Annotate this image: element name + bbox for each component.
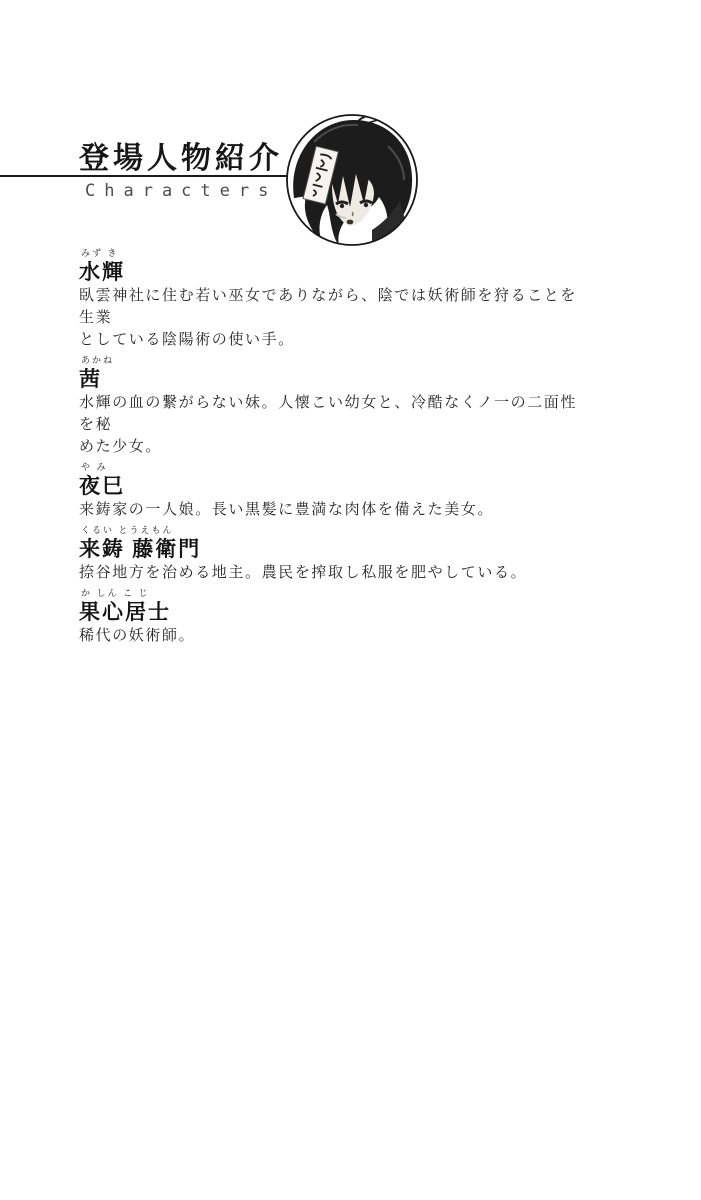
description-line: 稀代の妖術師。 (79, 625, 591, 647)
character-entry-kashin-koji: か しん こ じ 果心居士 稀代の妖術師。 (79, 588, 591, 647)
description-line: 捺谷地方を治める地主。農民を搾取し私服を肥やしている。 (79, 562, 591, 584)
character-name: 茜 (79, 366, 591, 392)
girl-with-talisman-portrait-icon (284, 112, 420, 248)
page-subtitle: Characters (85, 181, 277, 201)
character-name: 来鋳 藤衛門 (79, 536, 591, 562)
character-name: 水輝 (79, 259, 591, 285)
character-furigana: みず き (79, 248, 591, 259)
character-entry-mizuki: みず き 水輝 臥雲神社に住む若い巫女でありながら、陰では妖術師を狩ることを生業… (79, 248, 591, 351)
page-title: 登場人物紹介 (79, 133, 283, 177)
header-rule (0, 175, 287, 177)
description-line: 臥雲神社に住む若い巫女でありながら、陰では妖術師を狩ることを生業 (79, 285, 591, 329)
description-line: 水輝の血の繋がらない妹。人懐こい幼女と、冷酷なくノ一の二面性を秘 (79, 392, 591, 436)
character-entry-akane: あかね 茜 水輝の血の繋がらない妹。人懐こい幼女と、冷酷なくノ一の二面性を秘 め… (79, 355, 591, 458)
character-description: 臥雲神社に住む若い巫女でありながら、陰では妖術師を狩ることを生業 としている陰陽… (79, 285, 591, 351)
description-line: 来鋳家の一人娘。長い黒髪に豊満な肉体を備えた美女。 (79, 499, 591, 521)
character-description: 来鋳家の一人娘。長い黒髪に豊満な肉体を備えた美女。 (79, 499, 591, 521)
character-portrait (284, 112, 420, 248)
character-name: 夜巳 (79, 473, 591, 499)
character-description: 水輝の血の繋がらない妹。人懐こい幼女と、冷酷なくノ一の二面性を秘 めた少女。 (79, 392, 591, 458)
character-list: みず き 水輝 臥雲神社に住む若い巫女でありながら、陰では妖術師を狩ることを生業… (79, 248, 591, 651)
character-furigana: か しん こ じ (79, 588, 591, 599)
character-entry-kurui-touemon: くるい とうえもん 来鋳 藤衛門 捺谷地方を治める地主。農民を搾取し私服を肥やし… (79, 525, 591, 584)
book-page: 登場人物紹介 Characters (0, 0, 701, 1200)
character-description: 捺谷地方を治める地主。農民を搾取し私服を肥やしている。 (79, 562, 591, 584)
description-line: としている陰陽術の使い手。 (79, 329, 591, 351)
character-entry-yami: や み 夜巳 来鋳家の一人娘。長い黒髪に豊満な肉体を備えた美女。 (79, 462, 591, 521)
character-furigana: くるい とうえもん (79, 525, 591, 536)
character-furigana: や み (79, 462, 591, 473)
character-name: 果心居士 (79, 599, 591, 625)
description-line: めた少女。 (79, 436, 591, 458)
character-description: 稀代の妖術師。 (79, 625, 591, 647)
character-furigana: あかね (79, 355, 591, 366)
